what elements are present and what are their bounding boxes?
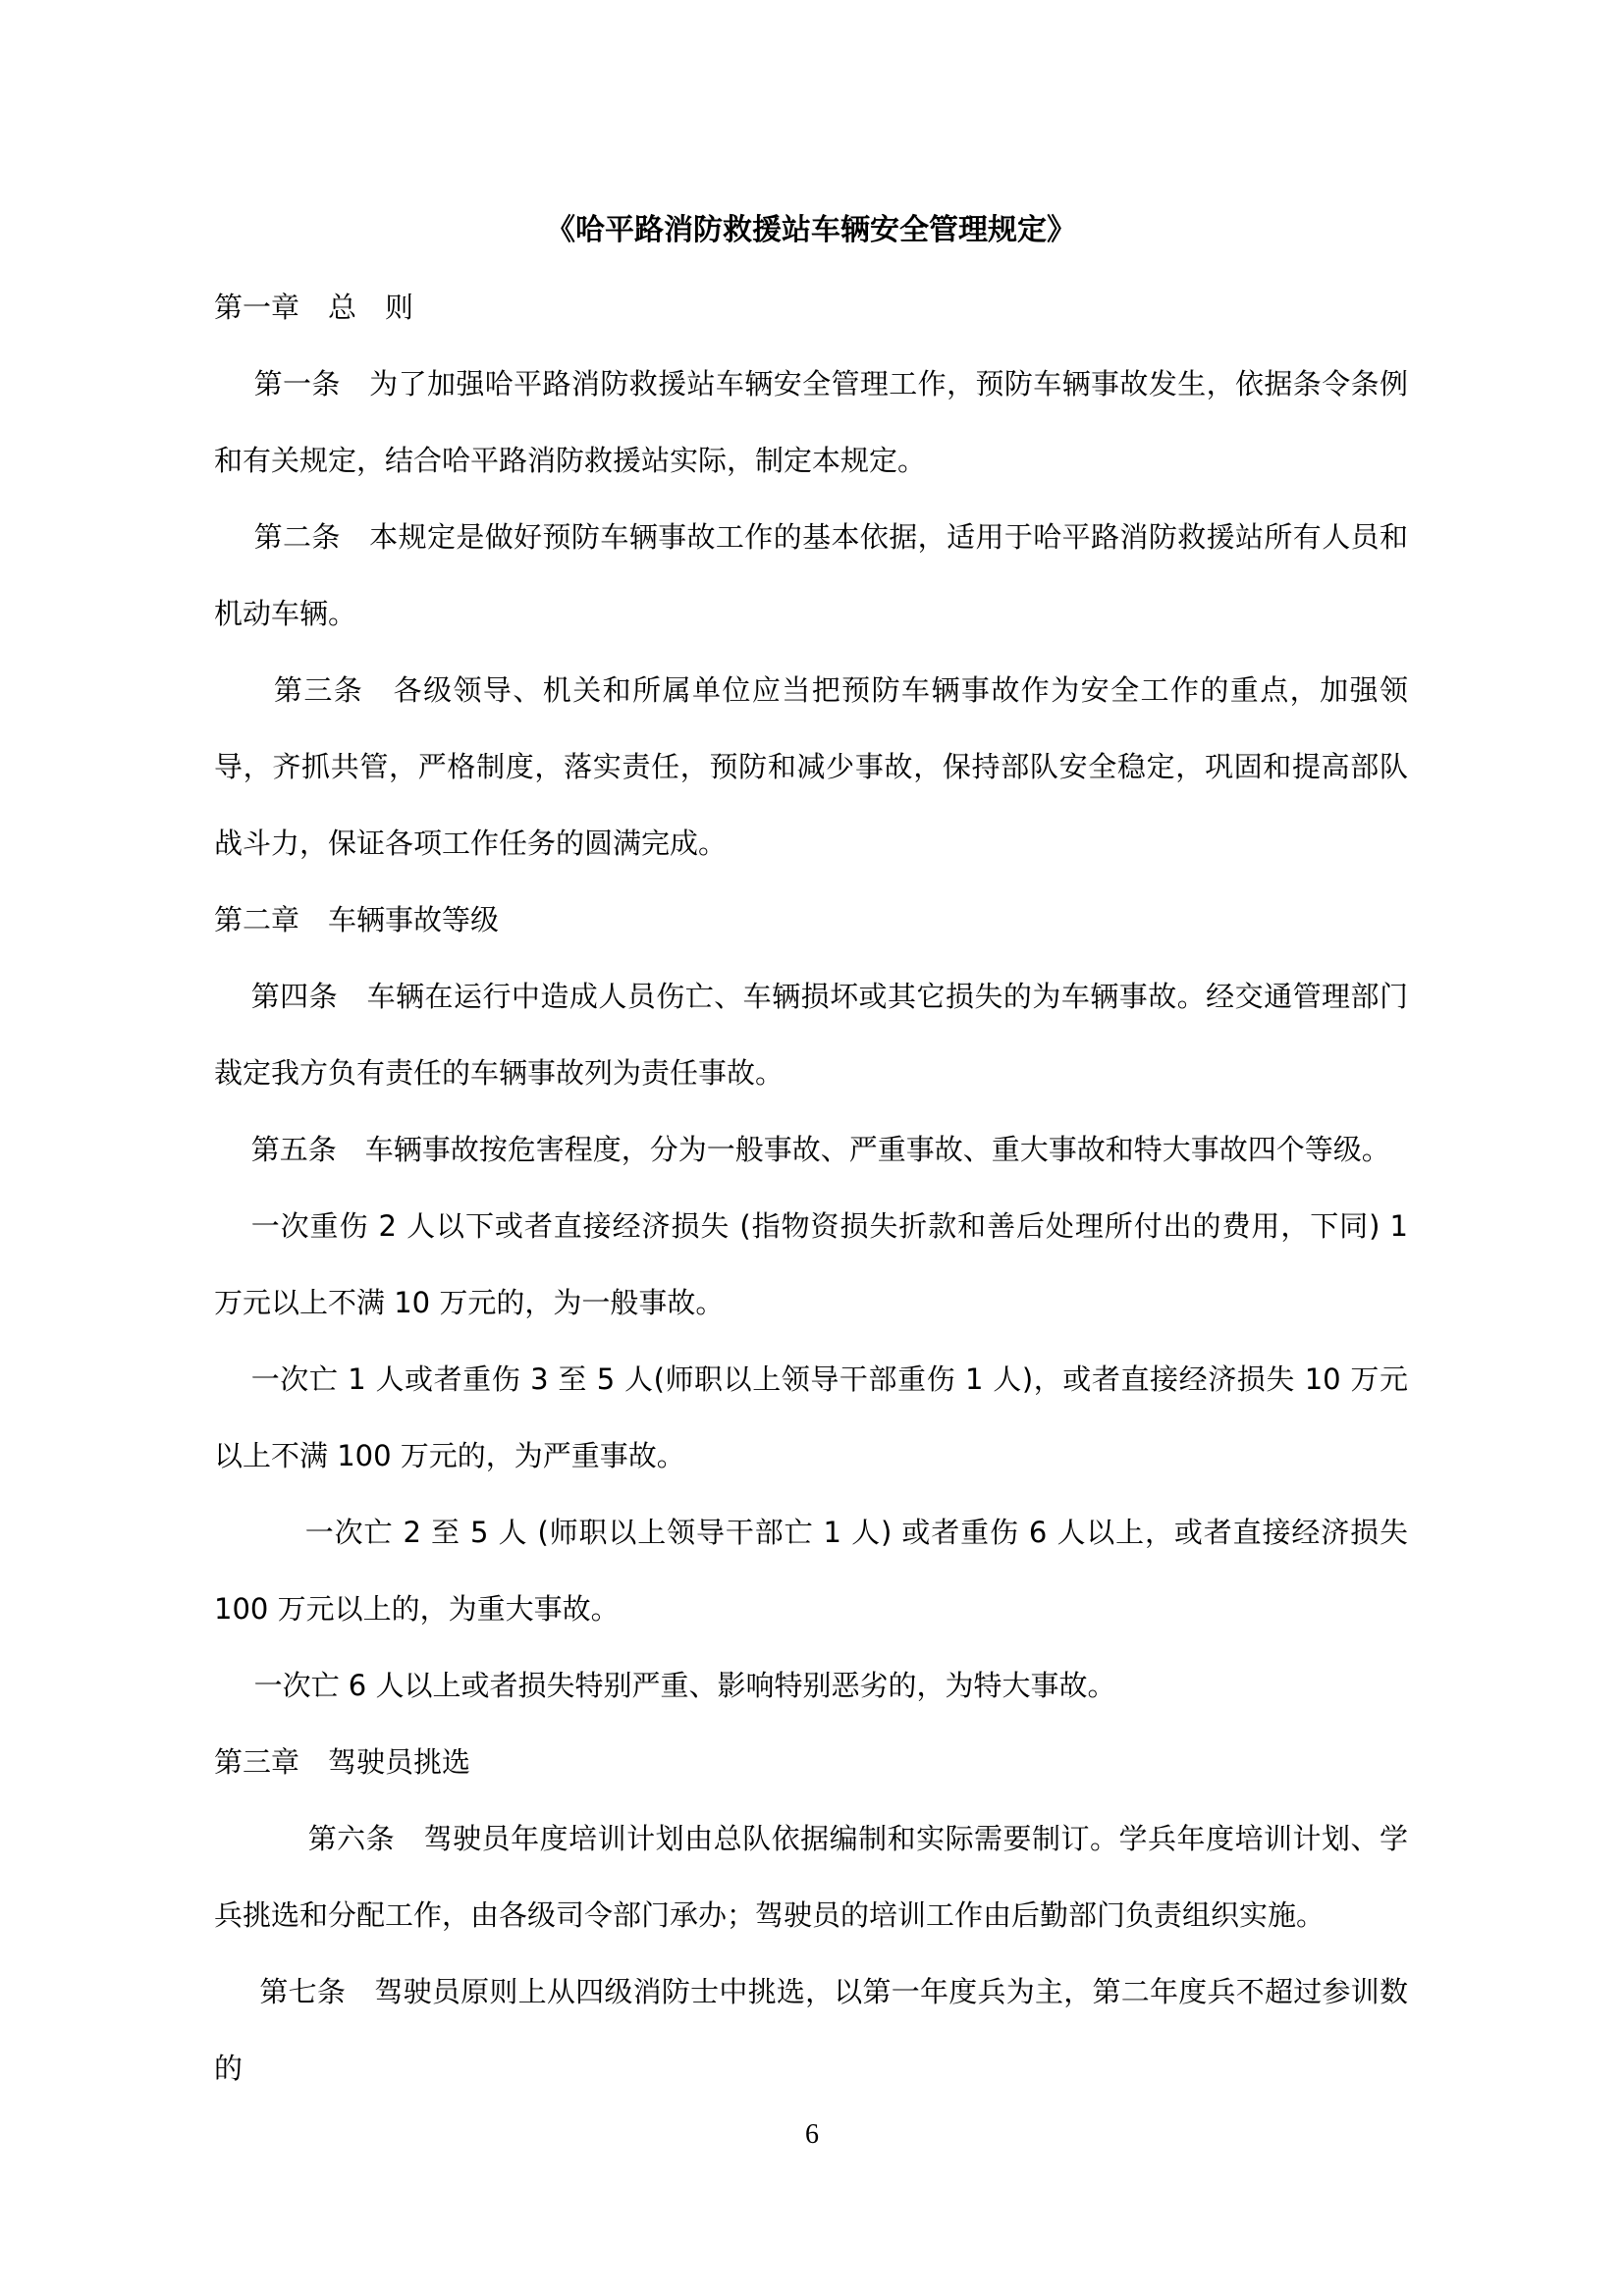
document-page: 《哈平路消防救援站车辆安全管理规定》 第一章 总 则第一条 为了加强哈平路消防救…	[0, 0, 1624, 2296]
article-paragraph: 第二条 本规定是做好预防车辆事故工作的基本依据，适用于哈平路消防救援站所有人员和…	[214, 499, 1408, 652]
document-blocks: 第一章 总 则第一条 为了加强哈平路消防救援站车辆安全管理工作，预防车辆事故发生…	[214, 269, 1408, 2107]
document-body: 《哈平路消防救援站车辆安全管理规定》 第一章 总 则第一条 为了加强哈平路消防救…	[214, 192, 1408, 2107]
chapter-heading: 第三章 驾驶员挑选	[214, 1724, 1408, 1800]
article-paragraph: 一次亡 6 人以上或者损失特别严重、影响特别恶劣的，为特大事故。	[214, 1647, 1408, 1724]
article-paragraph: 第七条 驾驶员原则上从四级消防士中挑选，以第一年度兵为主，第二年度兵不超过参训数…	[214, 1953, 1408, 2107]
article-paragraph: 第五条 车辆事故按危害程度，分为一般事故、严重事故、重大事故和特大事故四个等级。	[214, 1111, 1408, 1188]
chapter-heading: 第二章 车辆事故等级	[214, 881, 1408, 958]
article-paragraph: 第四条 车辆在运行中造成人员伤亡、车辆损坏或其它损失的为车辆事故。经交通管理部门…	[214, 958, 1408, 1111]
article-paragraph: 一次重伤 2 人以下或者直接经济损失 (指物资损失折款和善后处理所付出的费用，下…	[214, 1188, 1408, 1341]
article-paragraph: 第六条 驾驶员年度培训计划由总队依据编制和实际需要制订。学兵年度培训计划、学兵挑…	[214, 1800, 1408, 1953]
article-paragraph: 第三条 各级领导、机关和所属单位应当把预防车辆事故作为安全工作的重点，加强领导，…	[214, 652, 1408, 881]
article-paragraph: 一次亡 2 至 5 人 (师职以上领导干部亡 1 人) 或者重伤 6 人以上，或…	[214, 1494, 1408, 1647]
page-number: 6	[0, 2118, 1624, 2152]
article-paragraph: 第一条 为了加强哈平路消防救援站车辆安全管理工作，预防车辆事故发生，依据条令条例…	[214, 346, 1408, 499]
chapter-heading: 第一章 总 则	[214, 269, 1408, 346]
document-title: 《哈平路消防救援站车辆安全管理规定》	[214, 192, 1408, 269]
article-paragraph: 一次亡 1 人或者重伤 3 至 5 人(师职以上领导干部重伤 1 人)，或者直接…	[214, 1341, 1408, 1494]
